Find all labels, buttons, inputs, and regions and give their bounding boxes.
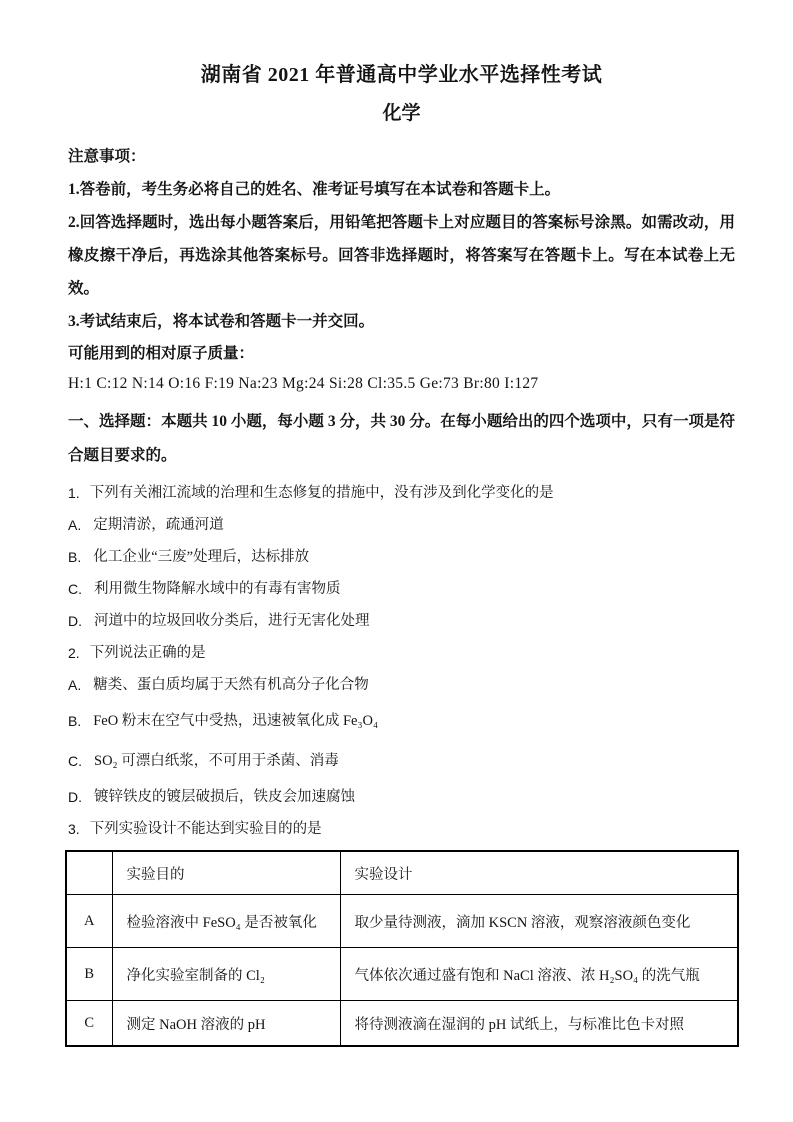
option-label: A. <box>68 509 81 541</box>
option-text: 河道中的垃圾回收分类后，进行无害化处理 <box>94 605 370 637</box>
row-design: 气体依次通过盛有饱和 NaCl 溶液、浓 H₂SO₄ 的洗气瓶 <box>340 948 738 1001</box>
question-1-option-a: A. 定期清淤，疏通河道 <box>68 509 735 541</box>
option-text: 利用微生物降解水域中的有毒有害物质 <box>94 573 341 605</box>
notice-item-1: 1.答卷前，考生务必将自己的姓名、准考证号填写在本试卷和答题卡上。 <box>68 173 735 206</box>
table-header-design: 实验设计 <box>340 851 738 895</box>
row-design: 取少量待测液，滴加 KSCN 溶液，观察溶液颜色变化 <box>340 895 738 948</box>
question-2-text: 下列说法正确的是 <box>90 637 206 669</box>
question-2-stem: 2. 下列说法正确的是 <box>68 637 735 669</box>
table-header-letter <box>66 851 112 895</box>
notice-item-3: 3.考试结束后，将本试卷和答题卡一并交回。 <box>68 305 735 338</box>
option-label: C. <box>68 573 82 605</box>
row-purpose: 净化实验室制备的 Cl₂ <box>112 948 340 1001</box>
option-text: 定期清淤，疏通河道 <box>93 509 224 541</box>
question-2-option-c: C. SO₂ 可漂白纸浆，不可用于杀菌、消毒 <box>68 741 735 781</box>
question-2-option-a: A. 糖类、蛋白质均属于天然有机高分子化合物 <box>68 669 735 701</box>
question-1-text: 下列有关湘江流域的治理和生态修复的措施中，没有涉及到化学变化的是 <box>90 477 554 509</box>
notice-heading: 注意事项： <box>68 140 735 173</box>
question-1-stem: 1. 下列有关湘江流域的治理和生态修复的措施中，没有涉及到化学变化的是 <box>68 477 735 509</box>
question-2-option-b: B. FeO 粉末在空气中受热，迅速被氧化成 Fe₃O₄ <box>68 701 735 741</box>
question-3: 3. 下列实验设计不能达到实验目的的是 <box>68 813 735 845</box>
exam-page: 湖南省 2021 年普通高中学业水平选择性考试 化学 注意事项： 1.答卷前，考… <box>0 0 793 1122</box>
row-letter: B <box>66 948 112 1001</box>
option-label: D. <box>68 605 82 637</box>
option-label: D. <box>68 781 82 813</box>
section-heading: 一、选择题：本题共 10 小题，每小题 3 分，共 30 分。在每小题给出的四个… <box>68 405 735 473</box>
option-text: 镀锌铁皮的镀层破损后，铁皮会加速腐蚀 <box>94 781 355 813</box>
atomic-masses-values: H:1 C:12 N:14 O:16 F:19 Na:23 Mg:24 Si:2… <box>68 369 735 399</box>
row-purpose: 检验溶液中 FeSO₄ 是否被氧化 <box>112 895 340 948</box>
row-design: 将待测液滴在湿润的 pH 试纸上，与标准比色卡对照 <box>340 1001 738 1047</box>
row-purpose: 测定 NaOH 溶液的 pH <box>112 1001 340 1047</box>
question-3-number: 3. <box>68 813 80 845</box>
question-1-number: 1. <box>68 477 80 509</box>
option-label: B. <box>68 701 81 741</box>
table-header-row: 实验目的 实验设计 <box>66 851 738 895</box>
option-text: 糖类、蛋白质均属于天然有机高分子化合物 <box>93 669 369 701</box>
row-letter: A <box>66 895 112 948</box>
question-2-number: 2. <box>68 637 80 669</box>
exam-subject: 化学 <box>68 100 735 128</box>
table-row-b: B 净化实验室制备的 Cl₂ 气体依次通过盛有饱和 NaCl 溶液、浓 H₂SO… <box>66 948 738 1001</box>
option-text: SO₂ 可漂白纸浆，不可用于杀菌、消毒 <box>94 741 339 781</box>
question-2-option-d: D. 镀锌铁皮的镀层破损后，铁皮会加速腐蚀 <box>68 781 735 813</box>
question-1-option-b: B. 化工企业“三废”处理后，达标排放 <box>68 541 735 573</box>
atomic-masses-heading: 可能用到的相对原子质量： <box>68 338 735 369</box>
option-label: B. <box>68 541 81 573</box>
question-2: 2. 下列说法正确的是 A. 糖类、蛋白质均属于天然有机高分子化合物 B. Fe… <box>68 637 735 813</box>
row-letter: C <box>66 1001 112 1047</box>
table-header-purpose: 实验目的 <box>112 851 340 895</box>
option-text: FeO 粉末在空气中受热，迅速被氧化成 Fe₃O₄ <box>93 701 378 741</box>
option-text: 化工企业“三废”处理后，达标排放 <box>93 541 309 573</box>
question-1: 1. 下列有关湘江流域的治理和生态修复的措施中，没有涉及到化学变化的是 A. 定… <box>68 477 735 637</box>
option-label: A. <box>68 669 81 701</box>
question-1-option-d: D. 河道中的垃圾回收分类后，进行无害化处理 <box>68 605 735 637</box>
option-label: C. <box>68 741 82 781</box>
question-1-option-c: C. 利用微生物降解水域中的有毒有害物质 <box>68 573 735 605</box>
table-row-a: A 检验溶液中 FeSO₄ 是否被氧化 取少量待测液，滴加 KSCN 溶液，观察… <box>66 895 738 948</box>
experiment-table: 实验目的 实验设计 A 检验溶液中 FeSO₄ 是否被氧化 取少量待测液，滴加 … <box>65 850 739 1047</box>
question-3-stem: 3. 下列实验设计不能达到实验目的的是 <box>68 813 735 845</box>
table-row-c: C 测定 NaOH 溶液的 pH 将待测液滴在湿润的 pH 试纸上，与标准比色卡… <box>66 1001 738 1047</box>
exam-title: 湖南省 2021 年普通高中学业水平选择性考试 <box>68 60 735 90</box>
question-3-text: 下列实验设计不能达到实验目的的是 <box>90 813 322 845</box>
notice-item-2: 2.回答选择题时，选出每小题答案后，用铅笔把答题卡上对应题目的答案标号涂黑。如需… <box>68 206 735 305</box>
